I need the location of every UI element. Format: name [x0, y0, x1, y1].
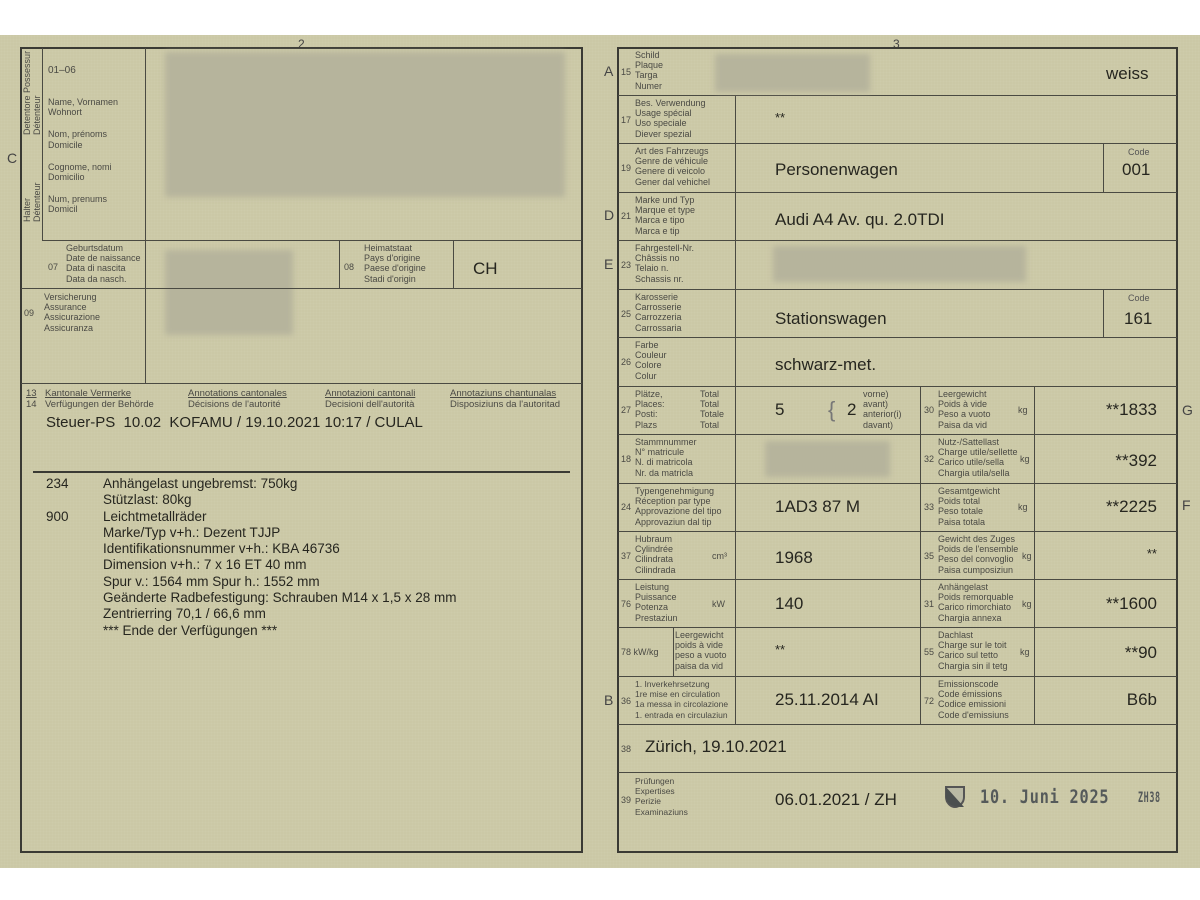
- row-divider: [618, 386, 1177, 387]
- field-31-unit: kg: [1022, 599, 1032, 609]
- field-26-labels: FarbeCouleurColoreColur: [635, 340, 667, 381]
- row-divider: [618, 192, 1177, 193]
- header-13-rm: Annotaziuns chantunalas: [450, 388, 556, 399]
- combination-weight-value: **: [1147, 546, 1157, 561]
- row-divider: [618, 579, 1177, 580]
- towing-capacity-value: **1600: [1106, 594, 1157, 614]
- power-weight-value: **: [775, 642, 785, 657]
- field-36-number: 36: [621, 696, 631, 706]
- first-registration-value: 25.11.2014 AI: [775, 690, 879, 710]
- field-07-labels: Geburtsdatum Date de naissance Data di n…: [66, 243, 141, 284]
- divider-13: [21, 383, 582, 384]
- divider-09: [21, 288, 582, 289]
- field-31-number: 31: [924, 599, 934, 609]
- field-08-labels: Heimatstaat Pays d'origine Paese d'origi…: [364, 243, 426, 284]
- empty-weight-value: **1833: [1106, 400, 1157, 420]
- field-17-labels: Bes. VerwendungUsage spécialUso speciale…: [635, 98, 706, 139]
- plate-number-redacted: [715, 54, 870, 92]
- row-divider: [618, 240, 1177, 241]
- inspection-stamp-date: 10. Juni 2025: [980, 786, 1109, 808]
- side-marker-d: D: [604, 207, 614, 223]
- special-usage-value: **: [775, 110, 785, 125]
- field-31-labels: AnhängelastPoids remorquableCarico rimor…: [938, 582, 1014, 623]
- authority-remarks-list: 234Anhängelast ungebremst: 750kg Stützla…: [46, 476, 456, 639]
- body-type-code: 161: [1124, 309, 1152, 329]
- row-divider: [618, 95, 1177, 96]
- field-33-number: 33: [924, 502, 934, 512]
- holder-column-divider: [42, 48, 43, 241]
- field-27-labels: Plätze,Places:Posti:Plazs: [635, 389, 665, 430]
- seats-front-labels: vorne)avant)anterior(i)davant): [863, 389, 902, 430]
- right-value-divider: [1034, 386, 1035, 724]
- field-72-labels: EmissionscodeCode émissionsCodice emissi…: [938, 679, 1009, 720]
- field-33-labels: GesamtgewichtPoids totalPeso totalePaisa…: [938, 486, 1000, 527]
- divider-08-right: [453, 240, 454, 289]
- holder-vertical-label-3: Halter: [22, 198, 32, 222]
- field-08-number: 08: [344, 262, 354, 272]
- divider-07: [42, 240, 582, 241]
- remark-row: *** Ende der Verfügungen ***: [46, 623, 456, 639]
- field-07-number: 07: [48, 262, 58, 272]
- field-17-number: 17: [621, 115, 631, 125]
- field-01-06-number: 01–06: [48, 66, 76, 76]
- field-36-labels: 1. Inverkehrsetzung1re mise en circulati…: [635, 679, 728, 720]
- color-value: schwarz-met.: [775, 355, 876, 375]
- holder-vertical-label-2: Détenteur: [32, 95, 42, 135]
- row-divider: [618, 531, 1177, 532]
- field-37-labels: HubraumCylindréeCilindrataCilindrada: [635, 534, 676, 575]
- field-23-labels: Fahrgestell-Nr.Châssis noTelaio n.Schass…: [635, 243, 694, 284]
- side-marker-f: F: [1182, 497, 1191, 513]
- row-divider: [618, 772, 1177, 773]
- holder-vertical-label-4: Détenteur: [32, 182, 42, 222]
- remark-row: Stützlast: 80kg: [46, 492, 456, 508]
- field-08-value: CH: [473, 259, 498, 279]
- field-18-labels: StammnummerN° matriculeN. di matricolaNr…: [635, 437, 697, 478]
- make-model-value: Audi A4 Av. qu. 2.0TDI: [775, 210, 944, 230]
- row-divider: [618, 289, 1177, 290]
- field-24-labels: TypengenehmigungRéception par typeApprov…: [635, 486, 722, 527]
- field-78-number: 78 kW/kg: [621, 647, 659, 657]
- field-09-labels: Versicherung Assurance Assicurazione Ass…: [44, 292, 100, 333]
- field-76-number: 76: [621, 599, 631, 609]
- type-approval-value: 1AD3 87 M: [775, 497, 860, 517]
- field-21-labels: Marke und TypMarque et typeMarca e tipoM…: [635, 195, 695, 236]
- field-15-labels: SchildPlaqueTargaNumer: [635, 50, 663, 91]
- remark-row: Geänderte Radbefestigung: Schrauben M14 …: [46, 590, 456, 606]
- row-divider: [618, 724, 1177, 725]
- side-marker-g: G: [1182, 402, 1193, 418]
- field-78-divider: [673, 627, 674, 676]
- field-76-labels: LeistungPuissancePotenzaPrestaziun: [635, 582, 678, 623]
- right-label-column-divider: [735, 95, 736, 725]
- payload-value: **392: [1115, 451, 1157, 471]
- body-type-value: Stationswagen: [775, 309, 887, 329]
- field-39-number: 39: [621, 795, 631, 805]
- remarks-divider: [33, 471, 570, 473]
- field-38-number: 38: [621, 744, 631, 754]
- power-value: 140: [775, 594, 803, 614]
- header-14-de: Verfügungen der Behörde: [45, 399, 154, 410]
- header-14-fr: Décisions de l'autorité: [188, 399, 281, 410]
- code-column-divider: [1103, 289, 1104, 337]
- remark-row: Spur v.: 1564 mm Spur h.: 1552 mm: [46, 574, 456, 590]
- field-19-labels: Art des FahrzeugsGenre de véhiculeGenere…: [635, 146, 710, 187]
- field-33-unit: kg: [1018, 502, 1028, 512]
- field-21-number: 21: [621, 211, 631, 221]
- field-13-number: 13: [26, 388, 37, 399]
- header-14-it: Decisioni dell'autorità: [325, 399, 414, 410]
- header-13-de: Kantonale Vermerke: [45, 388, 131, 399]
- field-24-number: 24: [621, 502, 631, 512]
- field-30-number: 30: [924, 405, 934, 415]
- registry-number-redacted: [765, 441, 890, 477]
- emission-code-value: B6b: [1127, 690, 1157, 710]
- side-marker-e: E: [604, 256, 613, 272]
- field-19-number: 19: [621, 163, 631, 173]
- body-type-code-label: Code: [1128, 293, 1150, 303]
- header-13-fr: Annotations cantonales: [188, 388, 287, 399]
- inspection-stamp-code: ZH38: [1138, 790, 1161, 806]
- header-14-rm: Disposiziuns da l'autoritad: [450, 399, 560, 410]
- zurich-coat-of-arms-icon: [944, 785, 966, 809]
- total-weight-value: **2225: [1106, 497, 1157, 517]
- field-15-number: 15: [621, 67, 631, 77]
- side-marker-a: A: [604, 63, 613, 79]
- row-divider: [618, 143, 1177, 144]
- issue-place-date-value: Zürich, 19.10.2021: [645, 737, 787, 757]
- remark-row: 900Leichtmetallräder: [46, 509, 456, 525]
- side-marker-c: C: [7, 150, 17, 166]
- field-37-unit: cm³: [712, 551, 727, 561]
- cantonal-annotation-line: Steuer-PS 10.02 KOFAMU / 19.10.2021 10:1…: [46, 414, 423, 431]
- field-30-unit: kg: [1018, 405, 1028, 415]
- remark-row: Identifikationsnummer v+h.: KBA 46736: [46, 541, 456, 557]
- field-32-number: 32: [924, 454, 934, 464]
- holder-name-redacted: [165, 52, 565, 197]
- field-78-labels: Leergewichtpoids à videpeso a vuotopaisa…: [675, 630, 727, 671]
- field-26-number: 26: [621, 357, 631, 367]
- holder-vertical-label-1: Detentore Possessur: [22, 51, 32, 135]
- field-55-labels: DachlastCharge sur le toitCarico sul tet…: [938, 630, 1008, 671]
- field-25-number: 25: [621, 309, 631, 319]
- field-32-labels: Nutz-/SattellastCharge utile/selletteCar…: [938, 437, 1018, 478]
- field-30-labels: LeergewichtPoids à videPeso a vuotoPaisa…: [938, 389, 991, 430]
- field-35-number: 35: [924, 551, 934, 561]
- vehicle-type-code-label: Code: [1128, 147, 1150, 157]
- field-23-number: 23: [621, 260, 631, 270]
- brace-icon: {: [828, 388, 835, 432]
- label-column-divider: [145, 48, 146, 383]
- vehicle-type-code: 001: [1122, 160, 1150, 180]
- seats-total-value: 5: [775, 400, 784, 420]
- remark-row: Dimension v+h.: 7 x 16 ET 40 mm: [46, 557, 456, 573]
- field-27-total-labels: TotalTotalTotaleTotal: [700, 389, 724, 430]
- plate-color-value: weiss: [1106, 64, 1149, 84]
- field-14-number: 14: [26, 399, 37, 410]
- displacement-value: 1968: [775, 548, 813, 568]
- row-divider: [618, 337, 1177, 338]
- row-divider: [618, 434, 1177, 435]
- remark-row: 234Anhängelast ungebremst: 750kg: [46, 476, 456, 492]
- field-01-06-labels: Name, Vornamen Wohnort Nom, prénoms Domi…: [48, 97, 118, 215]
- field-18-number: 18: [621, 454, 631, 464]
- field-37-number: 37: [621, 551, 631, 561]
- seats-front-value: 2: [847, 400, 856, 420]
- chassis-number-redacted: [773, 246, 1026, 282]
- field-55-unit: kg: [1020, 647, 1030, 657]
- field-55-number: 55: [924, 647, 934, 657]
- divider-08-left: [339, 240, 340, 289]
- field-32-unit: kg: [1020, 454, 1030, 464]
- field-27-number: 27: [621, 405, 631, 415]
- inspection-value: 06.01.2021 / ZH: [775, 790, 897, 810]
- field-35-labels: Gewicht des ZugesPoids de l'ensemblePeso…: [938, 534, 1018, 575]
- remark-row: Zentrierring 70,1 / 66,6 mm: [46, 606, 456, 622]
- row-divider: [618, 676, 1177, 677]
- row-divider: [618, 483, 1177, 484]
- header-13-it: Annotazioni cantonali: [325, 388, 415, 399]
- code-column-divider: [1103, 143, 1104, 192]
- row-divider: [618, 627, 1177, 628]
- roof-load-value: **90: [1125, 643, 1157, 663]
- side-marker-b: B: [604, 692, 613, 708]
- field-76-unit: kW: [712, 599, 725, 609]
- field-39-labels: PrüfungenExpertisesPerizieExaminaziuns: [635, 776, 688, 817]
- field-09-number: 09: [24, 308, 34, 318]
- field-25-labels: KarosserieCarrosserieCarrozzeriaCarrossa…: [635, 292, 682, 333]
- field-35-unit: kg: [1022, 551, 1032, 561]
- vehicle-type-value: Personenwagen: [775, 160, 898, 180]
- remark-row: Marke/Typ v+h.: Dezent TJJP: [46, 525, 456, 541]
- right-half-divider: [920, 386, 921, 724]
- birthdate-redacted: [165, 250, 293, 335]
- field-72-number: 72: [924, 696, 934, 706]
